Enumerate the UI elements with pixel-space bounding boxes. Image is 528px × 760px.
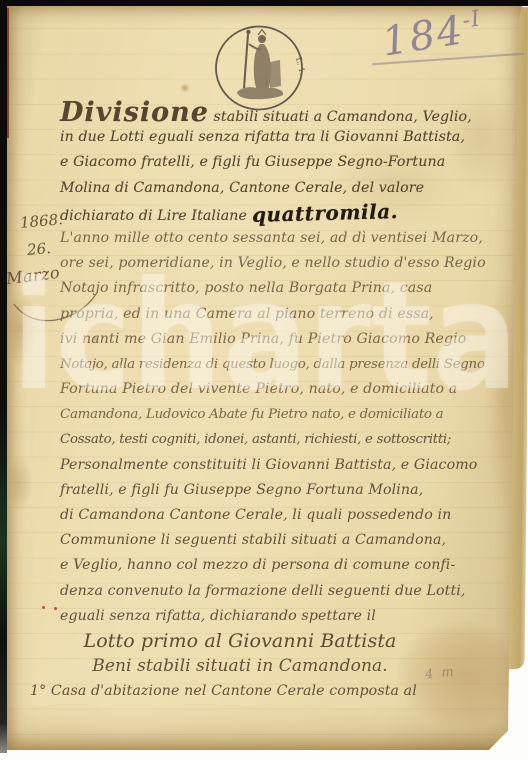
text-segment: Divisione bbox=[60, 97, 209, 128]
text-segment: Personalmente constituiti li Giovanni Ba… bbox=[60, 457, 477, 473]
text-line: L'anno mille otto cento sessanta sei, ad… bbox=[60, 226, 512, 251]
text-line: in due Lotti eguali senza rifatta tra li… bbox=[60, 125, 512, 150]
text-line: e Giacomo fratelli, e figli fu Giuseppe … bbox=[60, 150, 512, 175]
text-line: di Camandona Cantone Cerale, li quali po… bbox=[60, 503, 512, 528]
text-segment: Fortuna Pietro del vivente Pietro, nato,… bbox=[60, 381, 457, 397]
scan-edge-top bbox=[0, 0, 528, 6]
text-segment: Molina di Camandona, Cantone Cerale, del… bbox=[60, 180, 424, 196]
text-segment: Notajo infrascritto, posto nella Borgata… bbox=[60, 280, 432, 296]
text-segment: di Camandona Cantone Cerale, li quali po… bbox=[60, 507, 451, 523]
text-segment: ore sei, pomeridiane, in Veglio, e nello… bbox=[60, 255, 486, 271]
scan-edge-left bbox=[0, 0, 7, 753]
text-segment: fratelli, e figli fu Giuseppe Segno Fort… bbox=[60, 482, 423, 498]
scanned-document-page: L. 1. 184-I 1868. 26. Marzo Divisione st… bbox=[0, 0, 528, 760]
text-segment: Communione li seguenti stabili situati a… bbox=[60, 532, 446, 548]
red-ink-dot bbox=[42, 606, 45, 609]
text-segment: in due Lotti eguali senza rifatta tra li… bbox=[60, 129, 465, 145]
text-segment: denza convenuto la formazione delli segu… bbox=[60, 583, 466, 599]
text-segment: stabili situati a Camandona, Veglio, bbox=[209, 109, 472, 125]
text-line: propria, ed in una Camera al piano terre… bbox=[60, 302, 512, 327]
text-segment: dichiarato di Lire Italiane bbox=[60, 208, 252, 224]
margin-note-year: 1868. bbox=[19, 210, 63, 232]
text-line: Lotto primo al Giovanni Battista bbox=[60, 629, 420, 654]
text-segment: Cossato, testi cogniti, idonei, astanti,… bbox=[60, 432, 451, 447]
text-line: ivi nanti me Gian Emilio Prina, fu Pietr… bbox=[60, 327, 512, 352]
text-line: Divisione stabili situati a Camandona, V… bbox=[60, 100, 512, 125]
text-line: Cossato, testi cogniti, idonei, astanti,… bbox=[60, 427, 512, 452]
stamp-figure-head bbox=[258, 35, 266, 43]
text-segment: eguali senza rifatta, dichiarando spetta… bbox=[60, 608, 376, 624]
text-segment: quattromila. bbox=[251, 199, 398, 228]
text-line: eguali senza rifatta, dichiarando spetta… bbox=[60, 604, 512, 629]
stamp-staff bbox=[244, 34, 248, 88]
text-line: Notajo infrascritto, posto nella Borgata… bbox=[60, 276, 512, 301]
text-line: Beni stabili situati in Camandona. bbox=[60, 654, 420, 679]
text-line: denza convenuto la formazione delli segu… bbox=[60, 579, 512, 604]
document-body: Divisione stabili situati a Camandona, V… bbox=[60, 100, 512, 705]
text-line: e Veglio, hanno col mezzo di persona di … bbox=[60, 553, 512, 578]
text-line: fratelli, e figli fu Giuseppe Segno Fort… bbox=[60, 478, 512, 503]
page-number-suffix: -I bbox=[461, 6, 483, 34]
text-line: 1° Casa d'abitazione nel Cantone Cerale … bbox=[30, 679, 512, 704]
stamp-figure-body bbox=[254, 44, 271, 88]
text-line: ore sei, pomeridiane, in Veglio, e nello… bbox=[60, 251, 512, 276]
text-segment: Lotto primo al Giovanni Battista bbox=[84, 630, 397, 652]
text-segment: Notajo, alla residenza di questo luogo, … bbox=[60, 357, 485, 372]
text-segment: Beni stabili situati in Camandona. bbox=[92, 656, 388, 676]
stamp-base-rocks bbox=[237, 87, 283, 99]
stamp-denomination: L. 1. bbox=[294, 56, 306, 76]
text-segment: ivi nanti me Gian Emilio Prina, fu Pietr… bbox=[60, 331, 466, 347]
text-segment: 1° Casa d'abitazione nel Cantone Cerale … bbox=[30, 683, 417, 699]
text-segment: Camandona, Ludovico Abate fu Pietro nato… bbox=[60, 407, 443, 422]
pencil-note: 4 m bbox=[424, 664, 456, 682]
text-segment: e Giacomo fratelli, e figli fu Giuseppe … bbox=[60, 154, 445, 170]
margin-note-day: 26. bbox=[26, 239, 51, 259]
text-line: Fortuna Pietro del vivente Pietro, nato,… bbox=[60, 377, 512, 402]
text-line: Personalmente constituiti li Giovanni Ba… bbox=[60, 453, 512, 478]
text-segment: e Veglio, hanno col mezzo di persona di … bbox=[60, 557, 455, 573]
text-line: Camandona, Ludovico Abate fu Pietro nato… bbox=[60, 402, 512, 427]
text-line: Molina di Camandona, Cantone Cerale, del… bbox=[60, 176, 512, 201]
text-line: Notajo, alla residenza di questo luogo, … bbox=[60, 352, 512, 377]
text-segment: L'anno mille otto cento sessanta sei, ad… bbox=[60, 230, 483, 246]
text-line: dichiarato di Lire Italiane quattromila. bbox=[60, 201, 512, 226]
stamp-shield bbox=[270, 60, 281, 88]
red-ink-dot bbox=[54, 607, 57, 610]
text-line: Communione li seguenti stabili situati a… bbox=[60, 528, 512, 553]
text-segment: propria, ed in una Camera al piano terre… bbox=[60, 306, 434, 322]
